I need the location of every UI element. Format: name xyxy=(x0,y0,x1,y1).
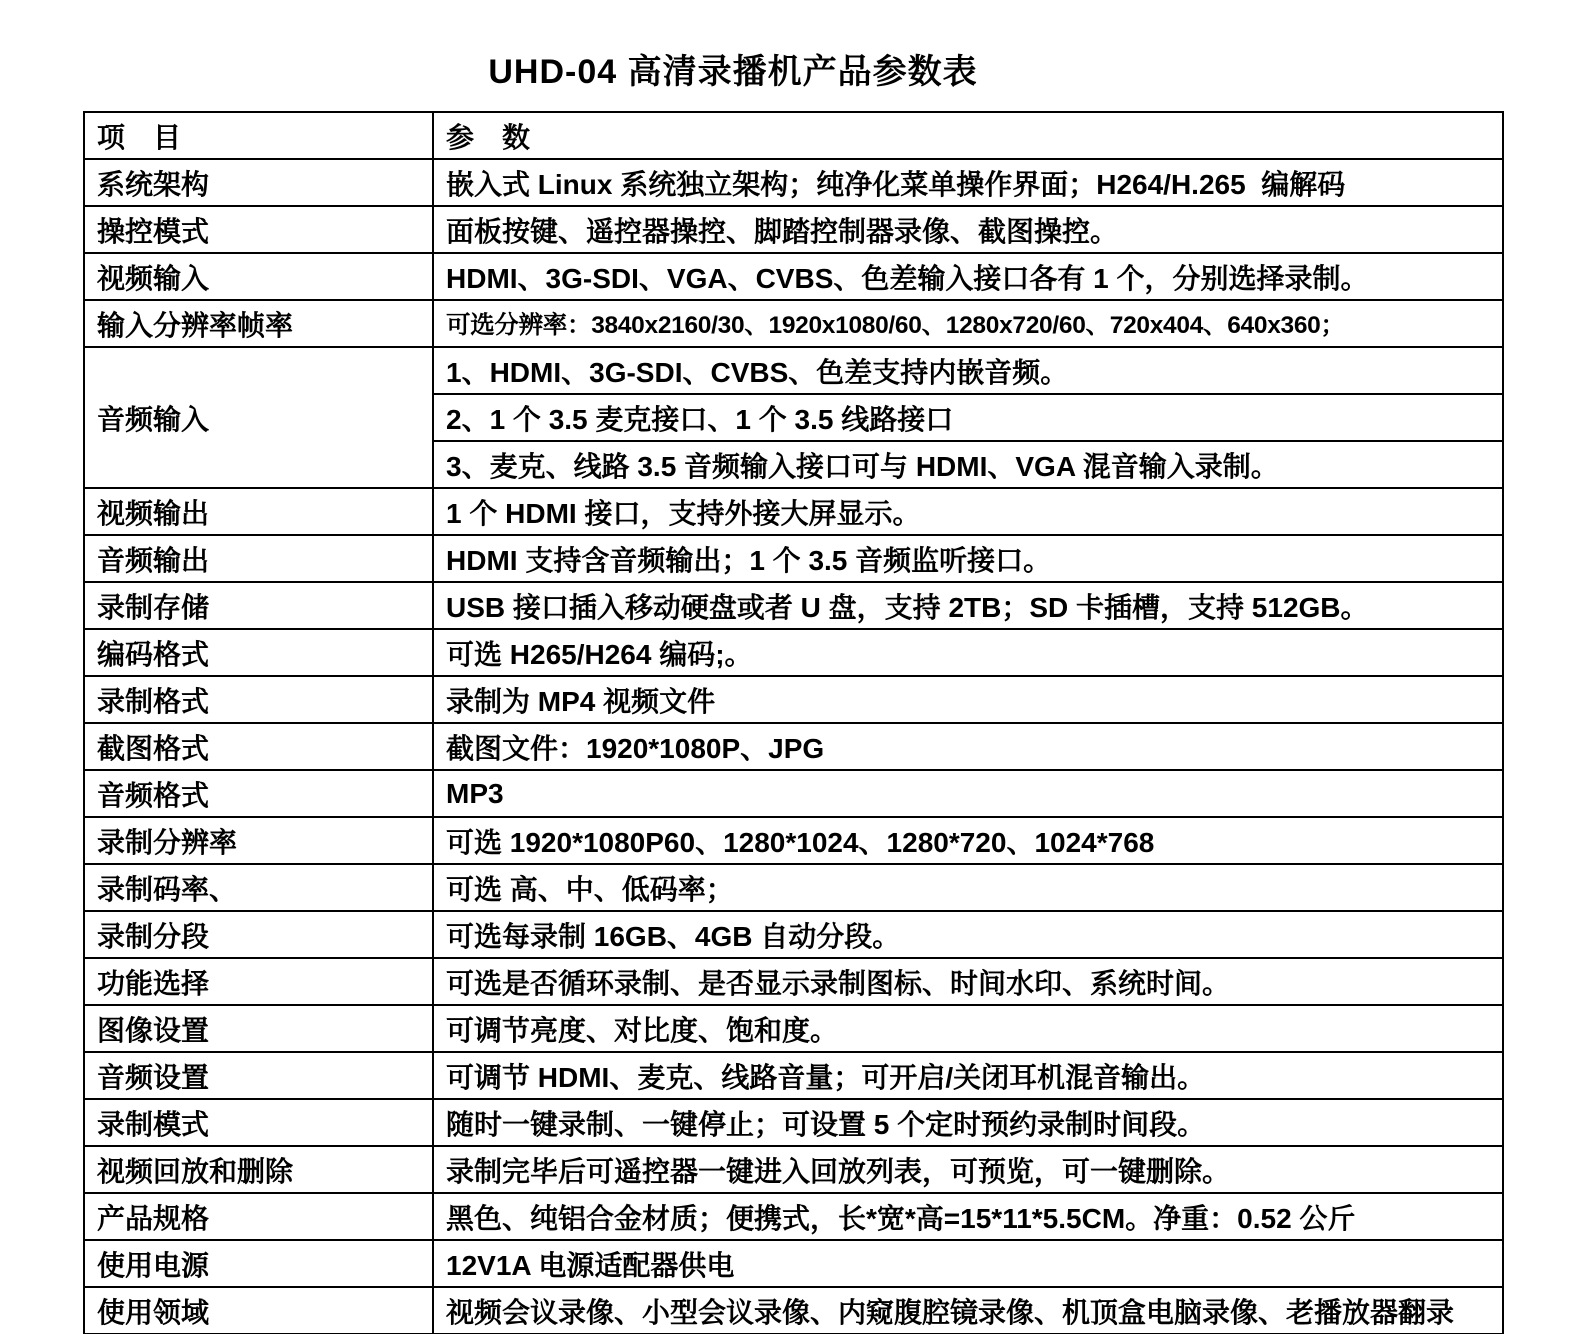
spec-row-label: 视频输入 xyxy=(84,253,433,300)
spec-row: 录制分段可选每录制 16GB、4GB 自动分段。 xyxy=(84,911,1503,958)
spec-row: 操控模式面板按键、遥控器操控、脚踏控制器录像、截图操控。 xyxy=(84,206,1503,253)
spec-row: 编码格式可选 H265/H264 编码;。 xyxy=(84,629,1503,676)
spec-row-value: 视频会议录像、小型会议录像、内窥腹腔镜录像、机顶盒电脑录像、老播放器翻录 xyxy=(433,1287,1503,1334)
spec-row: 录制模式随时一键录制、一键停止；可设置 5 个定时预约录制时间段。 xyxy=(84,1099,1503,1146)
spec-row: 截图格式截图文件：1920*1080P、JPG xyxy=(84,723,1503,770)
spec-row: 音频输出HDMI 支持含音频输出；1 个 3.5 音频监听接口。 xyxy=(84,535,1503,582)
spec-row-value: 嵌入式 Linux 系统独立架构；纯净化菜单操作界面；H264/H.265 编解… xyxy=(433,159,1503,206)
spec-row-value: 可选 高、中、低码率； xyxy=(433,864,1503,911)
spec-row: 音频格式MP3 xyxy=(84,770,1503,817)
spec-row-label: 视频回放和删除 xyxy=(84,1146,433,1193)
spec-row-value: HDMI 支持含音频输出；1 个 3.5 音频监听接口。 xyxy=(433,535,1503,582)
spec-row: 录制格式录制为 MP4 视频文件 xyxy=(84,676,1503,723)
spec-table: 项 目 参 数 系统架构嵌入式 Linux 系统独立架构；纯净化菜单操作界面；H… xyxy=(83,111,1504,1334)
spec-row: 视频回放和删除录制完毕后可遥控器一键进入回放列表，可预览，可一键删除。 xyxy=(84,1146,1503,1193)
spec-row-label: 操控模式 xyxy=(84,206,433,253)
spec-row-label: 录制码率、 xyxy=(84,864,433,911)
spec-table-head: 项 目 参 数 xyxy=(84,112,1503,159)
spec-row-label: 音频输入 xyxy=(84,347,433,488)
spec-row: 图像设置可调节亮度、对比度、饱和度。 xyxy=(84,1005,1503,1052)
spec-row-label: 音频格式 xyxy=(84,770,433,817)
spec-row-label: 使用电源 xyxy=(84,1240,433,1287)
header-param-cell: 参 数 xyxy=(433,112,1503,159)
spec-table-body: 系统架构嵌入式 Linux 系统独立架构；纯净化菜单操作界面；H264/H.26… xyxy=(84,159,1503,1334)
spec-row-value: HDMI、3G-SDI、VGA、CVBS、色差输入接口各有 1 个，分别选择录制… xyxy=(433,253,1503,300)
spec-row-value: 可选分辨率：3840x2160/30、1920x1080/60、1280x720… xyxy=(433,300,1503,347)
spec-row-label: 系统架构 xyxy=(84,159,433,206)
spec-row-value: 1、HDMI、3G-SDI、CVBS、色差支持内嵌音频。 xyxy=(433,347,1503,394)
spec-row-label: 音频输出 xyxy=(84,535,433,582)
spec-row-value: 可选 1920*1080P60、1280*1024、1280*720、1024*… xyxy=(433,817,1503,864)
spec-row-value: 3、麦克、线路 3.5 音频输入接口可与 HDMI、VGA 混音输入录制。 xyxy=(433,441,1503,488)
spec-row-label: 使用领域 xyxy=(84,1287,433,1334)
spec-row-label: 录制分段 xyxy=(84,911,433,958)
spec-row: 使用电源12V1A 电源适配器供电 xyxy=(84,1240,1503,1287)
spec-row-label: 产品规格 xyxy=(84,1193,433,1240)
spec-row-label: 录制格式 xyxy=(84,676,433,723)
spec-row-value: 录制为 MP4 视频文件 xyxy=(433,676,1503,723)
spec-row-label: 输入分辨率帧率 xyxy=(84,300,433,347)
spec-row-value: 截图文件：1920*1080P、JPG xyxy=(433,723,1503,770)
spec-row: 视频输出1 个 HDMI 接口，支持外接大屏显示。 xyxy=(84,488,1503,535)
spec-row: 录制存储USB 接口插入移动硬盘或者 U 盘，支持 2TB；SD 卡插槽，支持 … xyxy=(84,582,1503,629)
spec-row-value: USB 接口插入移动硬盘或者 U 盘，支持 2TB；SD 卡插槽，支持 512G… xyxy=(433,582,1503,629)
spec-row: 系统架构嵌入式 Linux 系统独立架构；纯净化菜单操作界面；H264/H.26… xyxy=(84,159,1503,206)
spec-row-value: 面板按键、遥控器操控、脚踏控制器录像、截图操控。 xyxy=(433,206,1503,253)
spec-row-label: 图像设置 xyxy=(84,1005,433,1052)
spec-row: 音频输入1、HDMI、3G-SDI、CVBS、色差支持内嵌音频。 xyxy=(84,347,1503,394)
spec-row-value: 1 个 HDMI 接口，支持外接大屏显示。 xyxy=(433,488,1503,535)
spec-row-value: 2、1 个 3.5 麦克接口、1 个 3.5 线路接口 xyxy=(433,394,1503,441)
spec-row-label: 音频设置 xyxy=(84,1052,433,1099)
spec-row-label: 视频输出 xyxy=(84,488,433,535)
spec-row-value: 可调节 HDMI、麦克、线路音量；可开启/关闭耳机混音输出。 xyxy=(433,1052,1503,1099)
header-item-cell: 项 目 xyxy=(84,112,433,159)
spec-row: 产品规格黑色、纯铝合金材质；便携式，长*宽*高=15*11*5.5CM。净重：0… xyxy=(84,1193,1503,1240)
spec-row: 输入分辨率帧率可选分辨率：3840x2160/30、1920x1080/60、1… xyxy=(84,300,1503,347)
spec-row: 音频设置可调节 HDMI、麦克、线路音量；可开启/关闭耳机混音输出。 xyxy=(84,1052,1503,1099)
spec-row-label: 编码格式 xyxy=(84,629,433,676)
spec-row-label: 录制分辨率 xyxy=(84,817,433,864)
spec-row: 视频输入HDMI、3G-SDI、VGA、CVBS、色差输入接口各有 1 个，分别… xyxy=(84,253,1503,300)
spec-row-value: 录制完毕后可遥控器一键进入回放列表，可预览，可一键删除。 xyxy=(433,1146,1503,1193)
spec-row-value: 可选是否循环录制、是否显示录制图标、时间水印、系统时间。 xyxy=(433,958,1503,1005)
spec-row-value: 随时一键录制、一键停止；可设置 5 个定时预约录制时间段。 xyxy=(433,1099,1503,1146)
spec-row-label: 录制模式 xyxy=(84,1099,433,1146)
page-title: UHD-04 高清录播机产品参数表 xyxy=(83,44,1383,93)
spec-row-value: 可调节亮度、对比度、饱和度。 xyxy=(433,1005,1503,1052)
spec-row-value: 可选每录制 16GB、4GB 自动分段。 xyxy=(433,911,1503,958)
spec-row-label: 截图格式 xyxy=(84,723,433,770)
spec-row: 录制分辨率可选 1920*1080P60、1280*1024、1280*720、… xyxy=(84,817,1503,864)
header-row: 项 目 参 数 xyxy=(84,112,1503,159)
spec-row-value: MP3 xyxy=(433,770,1503,817)
spec-row-value: 可选 H265/H264 编码;。 xyxy=(433,629,1503,676)
spec-row: 使用领域视频会议录像、小型会议录像、内窥腹腔镜录像、机顶盒电脑录像、老播放器翻录 xyxy=(84,1287,1503,1334)
spec-row-label: 功能选择 xyxy=(84,958,433,1005)
spec-row: 录制码率、可选 高、中、低码率； xyxy=(84,864,1503,911)
spec-row-value: 黑色、纯铝合金材质；便携式，长*宽*高=15*11*5.5CM。净重：0.52 … xyxy=(433,1193,1503,1240)
spec-row-label: 录制存储 xyxy=(84,582,433,629)
spec-row: 功能选择可选是否循环录制、是否显示录制图标、时间水印、系统时间。 xyxy=(84,958,1503,1005)
spec-row-value: 12V1A 电源适配器供电 xyxy=(433,1240,1503,1287)
